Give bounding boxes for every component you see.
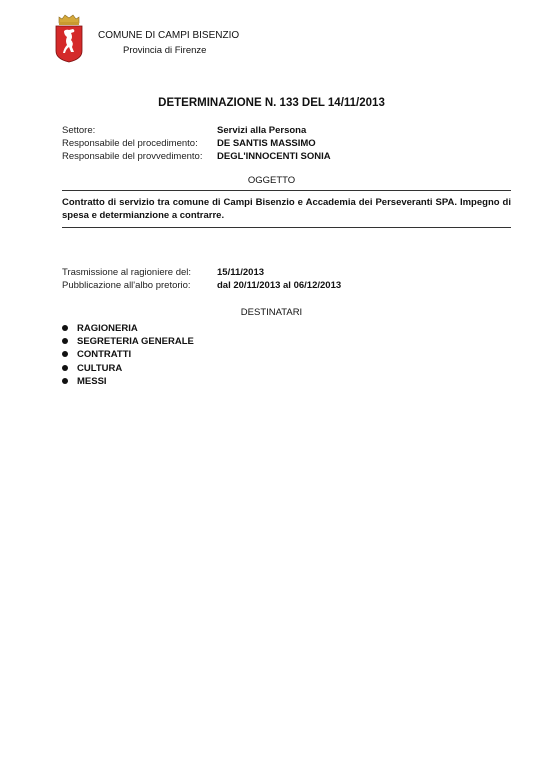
oggetto-text: Contratto di servizio tra comune di Camp… (62, 196, 511, 222)
document-title: DETERMINAZIONE N. 133 DEL 14/11/2013 (0, 97, 543, 109)
settore-value: Servizi alla Persona (217, 125, 306, 136)
oggetto-bottom-rule (62, 227, 511, 228)
destinatario-label: RAGIONERIA (77, 323, 138, 334)
municipality-name: COMUNE DI CAMPI BISENZIO (98, 30, 239, 41)
destinatari-list: RAGIONERIA SEGRETERIA GENERALE CONTRATTI… (62, 322, 194, 388)
responsabile-provvedimento-value: DEGL'INNOCENTI SONIA (217, 151, 331, 162)
responsabile-procedimento-label: Responsabile del procedimento: (62, 138, 198, 149)
destinatario-label: CULTURA (77, 363, 122, 374)
destinatari-heading: DESTINATARI (0, 307, 543, 318)
list-item: CULTURA (62, 362, 194, 375)
bullet-icon (62, 351, 68, 357)
bullet-icon (62, 325, 68, 331)
trasmissione-value: 15/11/2013 (217, 267, 264, 278)
destinatario-label: MESSI (77, 376, 107, 387)
oggetto-heading: OGGETTO (0, 175, 543, 186)
trasmissione-label: Trasmissione al ragioniere del: (62, 267, 191, 278)
list-item: SEGRETERIA GENERALE (62, 335, 194, 348)
pubblicazione-label: Pubblicazione all'albo pretorio: (62, 280, 191, 291)
responsabile-provvedimento-label: Responsabile del provvedimento: (62, 151, 202, 162)
bullet-icon (62, 338, 68, 344)
bullet-icon (62, 378, 68, 384)
oggetto-top-rule (62, 190, 511, 191)
list-item: MESSI (62, 375, 194, 388)
province-name: Provincia di Firenze (123, 45, 206, 56)
coat-of-arms-icon (52, 13, 86, 63)
pubblicazione-value: dal 20/11/2013 al 06/12/2013 (217, 280, 341, 291)
list-item: RAGIONERIA (62, 322, 194, 335)
responsabile-procedimento-value: DE SANTIS MASSIMO (217, 138, 316, 149)
destinatario-label: CONTRATTI (77, 349, 131, 360)
destinatario-label: SEGRETERIA GENERALE (77, 336, 194, 347)
list-item: CONTRATTI (62, 348, 194, 361)
settore-label: Settore: (62, 125, 95, 136)
bullet-icon (62, 365, 68, 371)
